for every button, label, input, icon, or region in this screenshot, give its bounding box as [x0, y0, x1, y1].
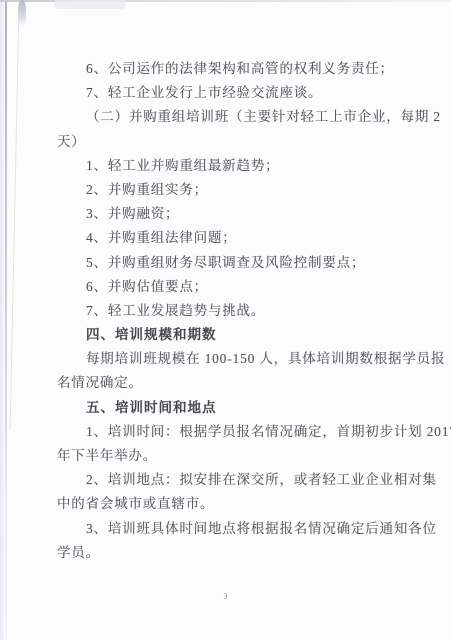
- text-line: 5、并购重组财务尽职调查及风险控制要点；: [57, 251, 422, 275]
- scan-line-left-artifact: [5, 0, 7, 640]
- text-line: 名情况确定。: [57, 371, 422, 395]
- section-heading-line: 五、培训时间和地点: [57, 396, 422, 420]
- scan-crease-artifact: [10, 10, 20, 430]
- text-line: 7、轻工企业发行上市经验交流座谈。: [57, 81, 422, 105]
- text-line: 1、培训时间：根据学员报名情况确定，首期初步计划 2017: [57, 420, 422, 444]
- text-line: 7、轻工业发展趋势与挑战。: [57, 299, 422, 323]
- text-line: 6、并购估值要点；: [57, 275, 422, 299]
- text-line: 2、培训地点：拟安排在深交所，或者轻工业企业相对集: [57, 468, 422, 492]
- text-line: 学员。: [57, 541, 422, 565]
- text-line: 年下半年举办。: [57, 444, 422, 468]
- text-line: 中的省会城市或直辖市。: [57, 492, 422, 516]
- scan-edge-left-artifact: [0, 0, 4, 640]
- text-line: 2、并购重组实务；: [57, 178, 422, 202]
- document-body: 6、公司运作的法律架构和高管的权利义务责任；7、轻工企业发行上市经验交流座谈。（…: [57, 57, 422, 565]
- text-line: 3、培训班具体时间地点将根据报名情况确定后通知各位: [57, 517, 422, 541]
- text-line: 1、轻工业并购重组最新趋势；: [57, 154, 422, 178]
- text-line: 天）: [57, 130, 422, 154]
- text-line: 6、公司运作的法律架构和高管的权利义务责任；: [57, 57, 422, 81]
- scan-smudge-artifact: [55, 0, 125, 9]
- text-line: （二）并购重组培训班（主要针对轻工上市企业，每期 2: [57, 105, 422, 129]
- page-number: 3: [0, 592, 451, 601]
- text-line: 4、并购重组法律问题；: [57, 226, 422, 250]
- section-heading-line: 四、培训规模和期数: [57, 323, 422, 347]
- text-line: 3、并购融资；: [57, 202, 422, 226]
- scanned-document-page: 6、公司运作的法律架构和高管的权利义务责任；7、轻工企业发行上市经验交流座谈。（…: [0, 0, 451, 640]
- text-line: 每期培训班规模在 100-150 人，具体培训期数根据学员报: [57, 347, 422, 371]
